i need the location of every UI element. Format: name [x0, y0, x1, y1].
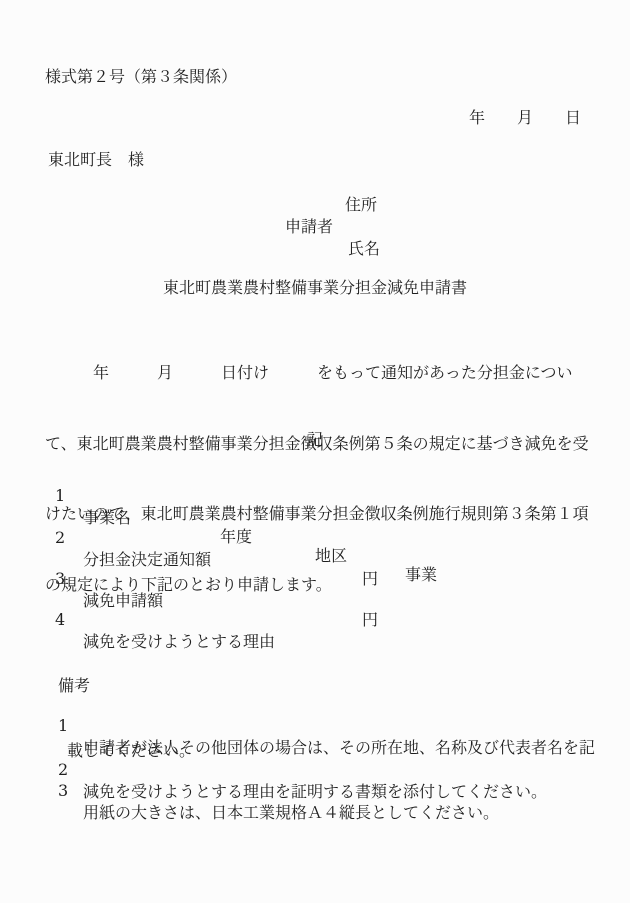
body-line: 年 月 日付け をもって通知があった分担金につい	[45, 361, 590, 385]
note-2: 2 減免を受けようとする理由を証明する書類を添付してください。	[0, 741, 630, 761]
item-number: 4	[55, 610, 65, 629]
form-number: 様式第２号（第３条関係）	[45, 64, 237, 87]
application-form-page: 様式第２号（第３条関係） 年 月 日 東北町長 様 住所 申請者 氏名 東北町農…	[0, 0, 630, 903]
note-3: 3 用紙の大きさは、日本工業規格Ａ４縦長としてください。	[0, 762, 630, 782]
addressee: 東北町長 様	[48, 147, 144, 170]
applicant-label: 申請者	[285, 214, 333, 237]
item-number: 2	[55, 528, 65, 547]
note-1-line-2: 載してください。	[0, 719, 630, 739]
note-number: 3	[58, 781, 68, 800]
item-label: 減免を受けようとする理由	[83, 629, 275, 652]
note-text: 減免を受けようとする理由を証明する書類を添付してください。	[83, 779, 547, 802]
form-item-notified-amount: 2 分担金決定通知額 円	[0, 509, 630, 529]
record-marker: 記	[0, 427, 630, 450]
form-item-project-name: 1 事業名 年度 地区 事業	[0, 467, 630, 487]
applicant-name-label: 氏名	[348, 236, 380, 259]
document-title: 東北町農業農村整備事業分担金減免申請書	[0, 275, 630, 298]
item-number: 1	[55, 486, 65, 505]
form-item-exemption-amount: 3 減免申請額 円	[0, 550, 630, 570]
form-item-exemption-reason: 4 減免を受けようとする理由	[0, 591, 630, 611]
note-text: 用紙の大きさは、日本工業規格Ａ４縦長としてください。	[83, 800, 499, 823]
date-line: 年 月 日	[469, 105, 581, 128]
item-number: 3	[55, 569, 65, 588]
applicant-address-label: 住所	[345, 192, 377, 215]
notes-heading: 備考	[58, 673, 90, 696]
note-1-line-1: 1 申請者が法人その他団体の場合は、その所在地、名称及び代表者名を記	[0, 697, 630, 717]
